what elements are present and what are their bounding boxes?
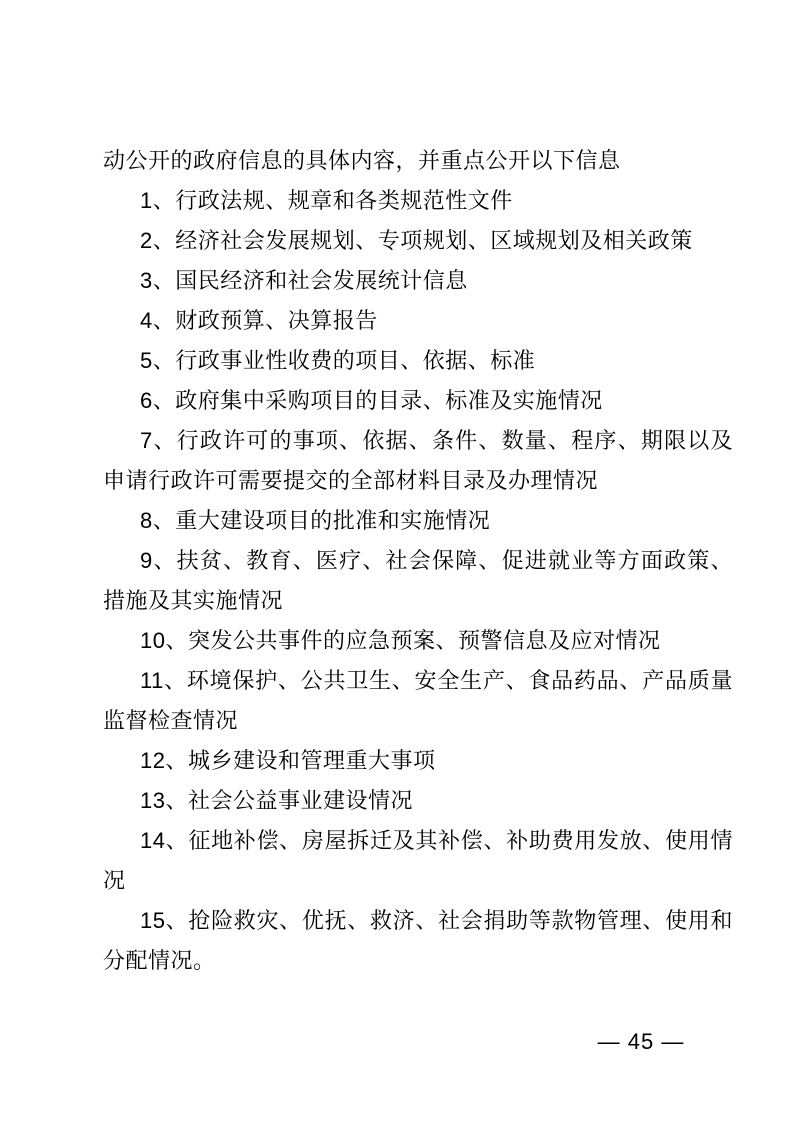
line-intro: 动公开的政府信息的具体内容，并重点公开以下信息: [103, 141, 733, 181]
line-item-7: 7、行政许可的事项、依据、条件、数量、程序、期限以及: [103, 421, 733, 461]
line-item-9: 9、扶贫、教育、医疗、社会保障、促进就业等方面政策、: [103, 541, 733, 581]
line-item-11: 11、环境保护、公共卫生、安全生产、食品药品、产品质量: [103, 661, 733, 701]
page-number: — 45 —: [561, 1028, 721, 1056]
line-item-15: 15、抢险救灾、优抚、救济、社会捐助等款物管理、使用和: [103, 901, 733, 941]
line-item-11-cont: 监督检查情况: [103, 701, 733, 741]
line-item-6: 6、政府集中采购项目的目录、标准及实施情况: [103, 381, 733, 421]
document-page: 动公开的政府信息的具体内容，并重点公开以下信息 1、行政法规、规章和各类规范性文…: [0, 0, 793, 1122]
line-item-4: 4、财政预算、决算报告: [103, 301, 733, 341]
line-item-9-cont: 措施及其实施情况: [103, 581, 733, 621]
line-item-2: 2、经济社会发展规划、专项规划、区域规划及相关政策: [103, 221, 733, 261]
line-item-14: 14、征地补偿、房屋拆迁及其补偿、补助费用发放、使用情: [103, 821, 733, 861]
line-item-7-cont: 申请行政许可需要提交的全部材料目录及办理情况: [103, 461, 733, 501]
document-body: 动公开的政府信息的具体内容，并重点公开以下信息 1、行政法规、规章和各类规范性文…: [103, 141, 733, 981]
line-item-3: 3、国民经济和社会发展统计信息: [103, 261, 733, 301]
line-item-10: 10、突发公共事件的应急预案、预警信息及应对情况: [103, 621, 733, 661]
line-item-1: 1、行政法规、规章和各类规范性文件: [103, 181, 733, 221]
line-item-15-cont: 分配情况。: [103, 941, 733, 981]
line-item-13: 13、社会公益事业建设情况: [103, 781, 733, 821]
line-item-14-cont: 况: [103, 861, 733, 901]
line-item-8: 8、重大建设项目的批准和实施情况: [103, 501, 733, 541]
line-item-5: 5、行政事业性收费的项目、依据、标准: [103, 341, 733, 381]
line-item-12: 12、城乡建设和管理重大事项: [103, 741, 733, 781]
